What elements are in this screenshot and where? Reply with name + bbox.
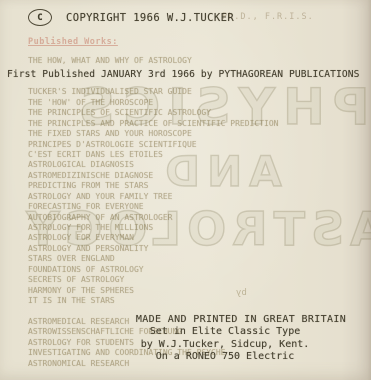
copyright-row: C COPYRIGHT 1966 W.J.TUCKER: [28, 9, 234, 26]
ghost-work-line: THE PRINCIPLES OF SCIENTIFIC ASTROLOGY: [28, 108, 278, 118]
ghost-work-line: PRINCIPES D'ASTROLOGIE SCIENTIFIQUE: [28, 140, 278, 150]
ghost-work-line: THE 'HOW' OF THE HOROSCOPE: [28, 98, 278, 108]
ghost-work-line: ASTROMEDIZINISCHE DIAGNOSE: [28, 171, 278, 181]
ghost-work-line: FORECASTING FOR EVERYONE: [28, 202, 278, 212]
ghost-work-line: SECRETS OF ASTROLOGY: [28, 275, 278, 285]
ghost-work-line: ASTROLOGY AND YOUR FAMILY TREE: [28, 192, 278, 202]
ghost-work-line: ASTROLOGY FOR THE MILLIONS: [28, 223, 278, 233]
ghost-work-line: THE PRINCIPLES AND PRACTICE OF SCIENTIFI…: [28, 119, 278, 129]
colophon-line: Set in Elite Classic Type: [100, 326, 350, 338]
ghost-work-line: THE FIXED STARS AND YOUR HOROSCOPE: [28, 129, 278, 139]
ghost-work-line: ASTROLOGY AND PERSONALITY: [28, 244, 278, 254]
ghost-work-line: STARS OVER ENGLAND: [28, 254, 278, 264]
ghost-work-line: TUCKER'S INDIVIDUALISED STAR GUIDE: [28, 87, 278, 97]
book-copyright-page: { "page": { "copyright": { "symbol": "C"…: [0, 0, 371, 380]
ghost-work-line: ASTROLOGY FOR EVERYMAN: [28, 233, 278, 243]
ghost-work-line: C'EST ECRIT DANS LES ETOILES: [28, 150, 278, 160]
ghost-work-line: FOUNDATIONS OF ASTROLOGY: [28, 265, 278, 275]
first-published-line: First Published JANUARY 3rd 1966 by PYTH…: [7, 69, 360, 80]
copyright-text: COPYRIGHT 1966 W.J.TUCKER: [66, 12, 234, 24]
colophon-line: On a RONEO 750 Electric: [100, 351, 350, 363]
colophon-line: MADE AND PRINTED IN GREAT BRITAIN: [116, 314, 366, 326]
ghost-author-credentials: Ph.D., F.R.I.S.: [222, 12, 314, 22]
ghost-by-label: by: [236, 288, 247, 298]
ghost-work-line: PREDICTING FROM THE STARS: [28, 181, 278, 191]
ghost-work-line: THE HOW, WHAT AND WHY OF ASTROLOGY: [28, 56, 278, 66]
ghost-work-line: ASTROLOGICAL DIAGNOSIS: [28, 160, 278, 170]
colophon-line: by W.J.Tucker, Sidcup, Kent.: [100, 339, 350, 351]
ghost-work-line: AUTOBIOGRAPHY OF AN ASTROLOGER: [28, 213, 278, 223]
colophon-block: MADE AND PRINTED IN GREAT BRITAINSet in …: [100, 314, 350, 363]
copyright-symbol-circle: C: [28, 9, 52, 26]
ghost-published-works-heading: Published Works:: [28, 37, 118, 47]
